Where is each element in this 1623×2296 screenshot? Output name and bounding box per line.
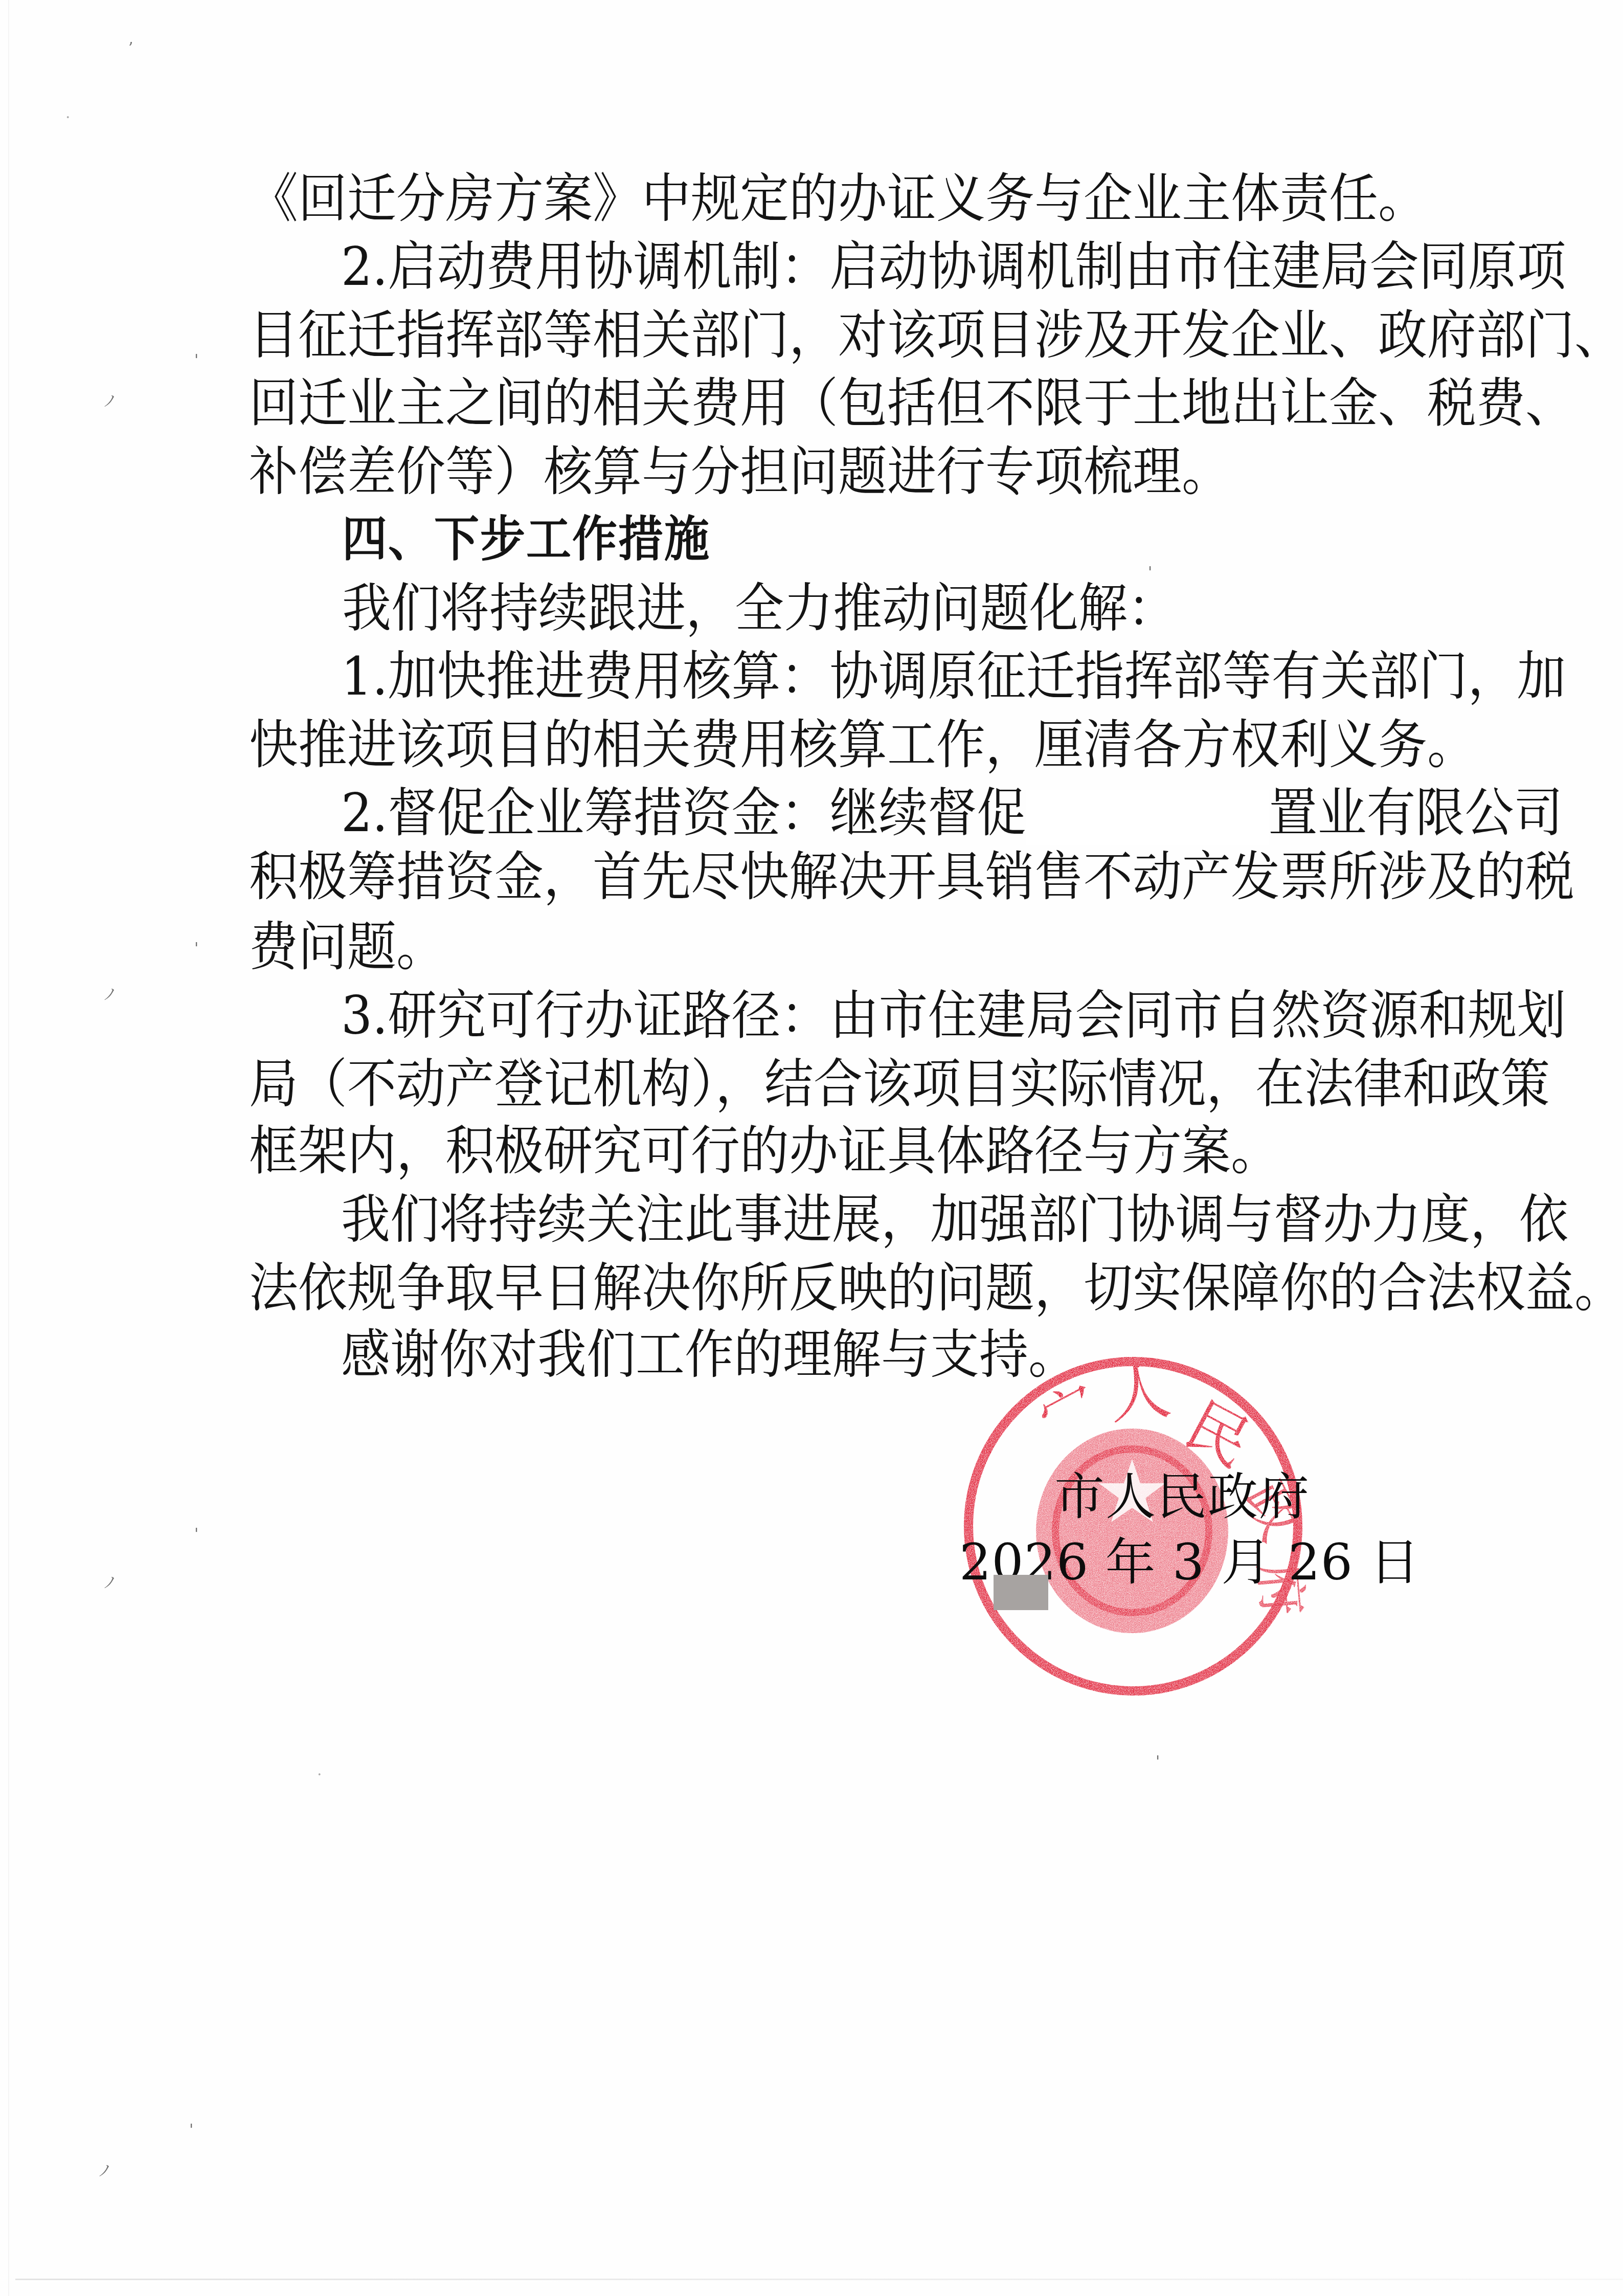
body-line: 框架内，积极研究可行的办证具体路径与方案。 <box>249 1118 1280 1184</box>
section-heading-next-steps: 四、下步工作措施 <box>342 506 710 573</box>
step-2-funding-redacted-line: 2.督促企业筹措资金：继续督促置业有限公司 <box>341 779 1411 846</box>
redaction-box <box>994 1575 1048 1610</box>
closing-paragraph: 我们将持续关注此事进展，加强部门协调与督办力度，依 <box>341 1186 1411 1253</box>
step-2-text-before: 2.督促企业筹措资金：继续督促 <box>341 782 1026 844</box>
scan-speck: ノ <box>102 394 118 409</box>
signing-organization: 市人民政府 <box>1054 1469 1310 1525</box>
seal-icon: 宀 人 民 政 府 <box>958 1354 1306 1698</box>
scan-speck: ' <box>194 941 198 956</box>
scan-edge-left <box>8 0 9 2296</box>
scan-speck: · <box>65 110 71 125</box>
scan-speck: · <box>317 1767 322 1782</box>
body-line-intro: 我们将持续跟进，全力推动问题化解： <box>342 575 1177 641</box>
scan-speck: ' <box>1156 1754 1160 1770</box>
body-line-continuation: 《回迁分房方案》中规定的办证义务与企业主体责任。 <box>249 165 1427 232</box>
official-seal: 宀 人 民 政 府 <box>958 1354 1306 1698</box>
step-3-certificate-path: 3.研究可行办证路径：由市住建局会同市自然资源和规划 <box>341 982 1411 1049</box>
body-line: 积极筹措资金，首先尽快解决开具销售不动产发票所涉及的税 <box>249 843 1411 910</box>
scan-speck: ノ <box>102 1575 118 1591</box>
body-line: 局（不动产登记机构），结合该项目实际情况，在法律和政策 <box>249 1051 1411 1117</box>
scan-speck: ' <box>189 2123 193 2138</box>
redacted-company-name <box>1026 790 1269 845</box>
scan-speck: ʼ <box>128 41 133 56</box>
body-line: 补偿差价等）核算与分担问题进行专项梳理。 <box>249 438 1231 505</box>
body-line: 目征迁指挥部等相关部门，对该项目涉及开发企业、政府部门、 <box>249 302 1420 368</box>
scan-speck: ノ <box>97 2164 112 2179</box>
body-line: 法依规争取早日解决你所反映的问题，切实保障你的合法权益。 <box>249 1255 1435 1321</box>
body-line: 费问题。 <box>249 913 445 980</box>
measure-2-fee-coordination: 2.启动费用协调机制：启动协调机制由市住建局会同原项 <box>341 233 1411 300</box>
scan-speck: ノ <box>102 987 118 1002</box>
svg-text:人: 人 <box>1106 1356 1175 1433</box>
step-2-text-after: 置业有限公司 <box>1269 782 1563 844</box>
scanned-page: ʼ · ' ノ ' ' ノ ' ' ノ ' · ' ノ 《回迁分房方案》中规定的… <box>0 0 1623 2296</box>
scan-speck: ' <box>194 353 198 368</box>
scan-edge-bottom <box>15 2279 1623 2280</box>
step-1-fee-accounting: 1.加快推进费用核算：协调原征迁指挥部等有关部门，加 <box>341 643 1411 709</box>
scan-speck: ' <box>194 1527 198 1542</box>
body-line: 快推进该项目的相关费用核算工作，厘清各方权利义务。 <box>249 711 1476 778</box>
body-line: 回迁业主之间的相关费用（包括但不限于土地出让金、税费、 <box>249 370 1410 436</box>
